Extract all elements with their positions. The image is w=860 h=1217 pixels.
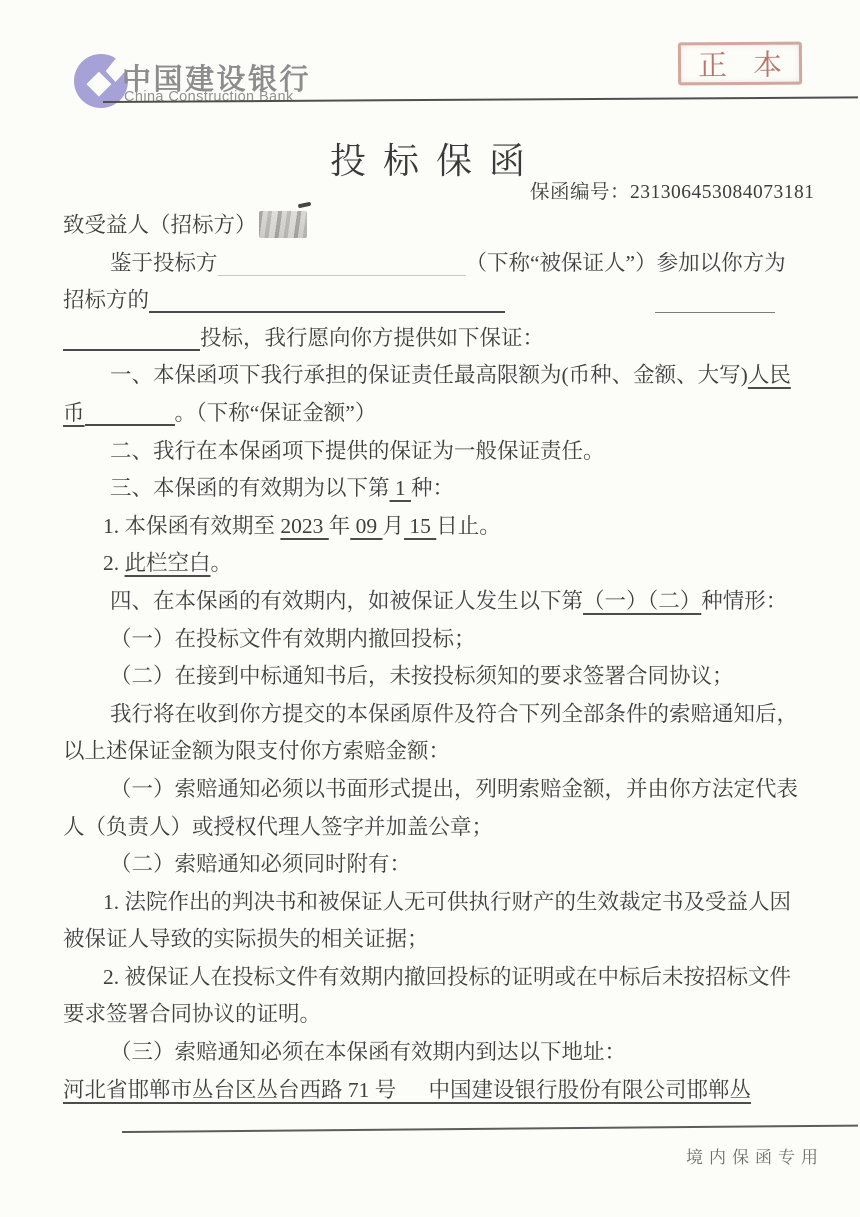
document-line: （三）索赔通知必须在本保函有效期内到达以下地址： (63, 1034, 808, 1072)
text-segment: （三）索赔通知必须在本保函有效期内到达以下地址： (110, 1040, 626, 1064)
document-line: 2. 被保证人在投标文件有效期内撤回投标的证明或在中标后未按招标文件 (63, 959, 808, 997)
document-line: 招标方的 (63, 282, 808, 320)
document-line: 1. 法院作出的判决书和被保证人无可供执行财产的生效裁定书及受益人因 (63, 884, 808, 922)
text-segment: （一）索赔通知必须以书面形式提出，列明索赔金额，并由你方法定代表 (110, 777, 798, 801)
blank-field (149, 287, 505, 313)
text-segment: 日止。 (436, 514, 501, 538)
text-segment: 致受益人（招标方） (63, 213, 257, 237)
text-segment: 四、在本保函的有效期内，如被保证人发生以下第 (110, 589, 583, 613)
text-segment: 1 (390, 476, 412, 500)
document-line: （一）索赔通知必须以书面形式提出，列明索赔金额，并由你方法定代表 (63, 771, 808, 809)
footer-divider (122, 1125, 858, 1133)
text-segment: 我行将在收到你方提交的本保函原件及符合下列全部条件的索赔通知后， (110, 702, 798, 726)
document-line: 币。（下称“保证金额”） (63, 395, 808, 433)
text-segment: （二）在接到中标通知书后，未按投标须知的要求签署合同协议； (110, 664, 734, 688)
ccb-logo-icon (74, 54, 128, 108)
text-segment: 种： (411, 476, 454, 500)
text-segment: 三、本保函的有效期为以下第 (110, 476, 390, 500)
redacted-text (259, 211, 307, 238)
text-segment: 二、我行在本保函项下提供的保证为一般保证责任。 (110, 439, 605, 463)
text-segment: （二）索赔通知必须同时附有： (110, 852, 411, 876)
text-segment: 此栏空白 (125, 551, 211, 575)
document-line: 1. 本保函有效期至 2023 年 09 月 15 日止。 (63, 508, 808, 546)
text-segment: 人民 (748, 363, 791, 387)
text-segment: 。（下称“保证金额”） (175, 401, 377, 425)
document-line: 河北省邯郸市丛台区丛台西路 71 号 中国建设银行股份有限公司邯郸丛 (63, 1072, 808, 1110)
text-segment: 被保证人导致的实际损失的相关证据； (63, 927, 429, 951)
text-segment: 一、本保函项下我行承担的保证责任最高限额为(币种、金额、大写) (110, 363, 748, 387)
document-line: （一）在投标文件有效期内撤回投标； (63, 621, 808, 659)
document-line: 四、在本保函的有效期内，如被保证人发生以下第（一）（二）种情形： (63, 583, 808, 621)
text-segment: 要求签署合同协议的证明。 (63, 1002, 321, 1026)
spacer (505, 297, 655, 307)
blank-field (218, 251, 466, 276)
document-line: 我行将在收到你方提交的本保函原件及符合下列全部条件的索赔通知后， (63, 696, 808, 734)
text-segment: 2. 被保证人在投标文件有效期内撤回投标的证明或在中标后未按招标文件 (103, 965, 791, 989)
document-line: 2. 此栏空白。 (63, 545, 808, 583)
text-segment: 人（负责人）或授权代理人签字并加盖公章； (63, 815, 493, 839)
text-segment: 以上述保证金额为限支付你方索赔金额： (63, 739, 450, 763)
document-line: 三、本保函的有效期为以下第 1 种： (63, 470, 808, 508)
text-segment: 币 (63, 401, 85, 425)
scanned-guarantee-document: 中国建设银行 China Construction Bank 正本 投标保函 保… (0, 0, 860, 1217)
text-segment: 2. (103, 551, 125, 575)
text-segment: （一）（二） (583, 589, 701, 613)
document-line: 以上述保证金额为限支付你方索赔金额： (63, 733, 808, 771)
text-segment: 投标，我行愿向你方提供如下保证： (200, 326, 544, 350)
text-segment: 1. 法院作出的判决书和被保证人无可供执行财产的生效裁定书及受益人因 (103, 890, 791, 914)
text-segment: 种情形： (701, 589, 787, 613)
document-line: 要求签署合同协议的证明。 (63, 996, 808, 1034)
document-line: 二、我行在本保函项下提供的保证为一般保证责任。 (63, 433, 808, 471)
document-line: 鉴于投标方（下称“被保证人”）参加以你方为 (63, 245, 808, 283)
guarantee-number-value: 231306453084073181 (630, 182, 815, 203)
document-body: 致受益人（招标方）鉴于投标方（下称“被保证人”）参加以你方为招标方的投标，我行愿… (63, 207, 808, 1109)
original-copy-stamp: 正本 (678, 42, 802, 86)
text-segment: 。 (211, 551, 233, 575)
document-line: 投标，我行愿向你方提供如下保证： (63, 320, 808, 358)
text-segment: 2023 (280, 514, 328, 538)
footer-label: 境内保函专用 (686, 1143, 824, 1168)
document-line: （二）在接到中标通知书后，未按投标须知的要求签署合同协议； (63, 658, 808, 696)
document-line: 被保证人导致的实际损失的相关证据； (63, 921, 808, 959)
blank-field (655, 288, 775, 313)
document-line: 致受益人（招标方） (63, 207, 808, 245)
text-segment: 年 (329, 514, 351, 538)
text-segment: 鉴于投标方 (110, 251, 218, 275)
text-segment: 招标方的 (63, 288, 149, 312)
original-copy-stamp-text: 正本 (698, 43, 808, 85)
text-segment: 河北省邯郸市丛台区丛台西路 71 号 中国建设银行股份有限公司邯郸丛 (63, 1078, 751, 1102)
text-segment: 09 (350, 514, 382, 538)
guarantee-number: 保函编号：231306453084073181 (530, 176, 815, 204)
document-line: 一、本保函项下我行承担的保证责任最高限额为(币种、金额、大写)人民 (63, 357, 808, 395)
text-segment: 1. 本保函有效期至 (103, 514, 280, 538)
text-segment: （下称“被保证人”）参加以你方为 (466, 251, 786, 275)
blank-field (63, 325, 200, 351)
text-segment: （一）在投标文件有效期内撤回投标； (110, 627, 476, 651)
document-line: 人（负责人）或授权代理人签字并加盖公章； (63, 809, 808, 847)
guarantee-number-label: 保函编号： (530, 182, 630, 203)
text-segment: 15 (404, 514, 436, 538)
text-segment: 月 (383, 514, 405, 538)
document-title: 投标保函 (330, 133, 542, 184)
blank-field (85, 400, 175, 426)
document-line: （二）索赔通知必须同时附有： (63, 846, 808, 884)
